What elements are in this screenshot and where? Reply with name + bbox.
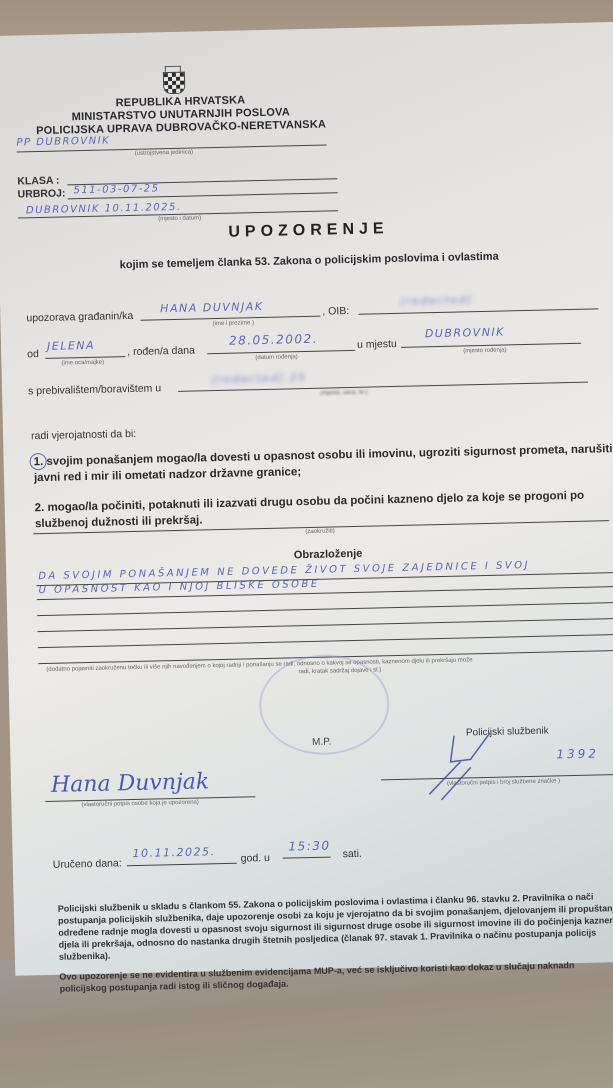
urbroj-label: URBROJ: <box>17 187 65 200</box>
reason-item-2-line1: 2. mogao/la počiniti, potaknuti ili izaz… <box>35 489 585 516</box>
delivery-date-field[interactable] <box>127 863 237 866</box>
circle-hint: (zaokružiti) <box>305 528 334 535</box>
birthplace-label: u mjestu <box>357 338 397 351</box>
reason-item-1-line1: 1. svojim ponašanjem mogao/la dovesti u … <box>34 442 613 470</box>
urbroj-value: 511-03-07-25 <box>73 183 159 196</box>
document-subtitle: kojim se temeljem članka 53. Zakona o po… <box>0 248 613 274</box>
explanation-field-5[interactable] <box>38 634 613 648</box>
delivery-hours-label: sati. <box>343 848 363 860</box>
parent-field[interactable] <box>45 356 125 359</box>
delivery-time-field[interactable] <box>283 857 331 859</box>
explanation-field-4[interactable] <box>38 618 613 632</box>
oib-field[interactable] <box>358 308 598 314</box>
name-hint: (ime i prezime ) <box>213 320 254 327</box>
unit-hint: (ustrojstvena jedinica) <box>135 150 193 157</box>
warning-document: REPUBLIKA HRVATSKA MINISTARSTVO UNUTARNJ… <box>0 21 613 975</box>
delivery-date-value: 10.11.2025. <box>132 845 215 860</box>
parent-hint: (ime oca/majke) <box>61 360 104 367</box>
residence-hint: (mjesto, ulica, br.) <box>320 390 367 397</box>
birthdate-hint: (datum rođenja) <box>255 354 297 361</box>
delivery-time-value: 15:30 <box>288 839 330 854</box>
explanation-heading: Obrazloženje <box>294 548 363 562</box>
officer-badge-number: 1392 <box>556 746 599 761</box>
birthplace-value: DUBROVNIK <box>425 325 505 340</box>
footer-p1-line5: službenika). <box>59 950 111 963</box>
explanation-hint-line1: (dodatno pojasniti zaokruženu točku ili … <box>46 657 472 673</box>
residence-label: s prebivalištem/boravištem u <box>28 382 161 397</box>
warns-label: upozorava građanin/ka <box>26 310 133 324</box>
born-label: , rođen/a dana <box>127 345 195 359</box>
officer-hint: (vlastoručni potpis i broj službene znač… <box>447 778 560 787</box>
oib-label: , OIB: <box>322 305 349 318</box>
parent-value: JELENA <box>47 339 95 353</box>
croatian-coat-of-arms-icon <box>163 66 184 92</box>
residence-value-redacted: [redacted] 25 <box>212 371 307 386</box>
delivery-year-label: god. u <box>241 852 270 865</box>
birthplace-hint: (mjesto rođenja) <box>463 347 506 354</box>
delivery-label: Uručeno dana: <box>53 857 122 871</box>
oib-value-redacted: [redacted] <box>400 293 473 308</box>
parent-label: od <box>27 348 39 360</box>
name-value: HANA DUVNJAK <box>160 300 264 315</box>
place-date-hint: (mjesto i datum) <box>158 215 201 222</box>
citizen-hint: (vlastoručni potpis osobe koja je upozor… <box>81 800 199 809</box>
document-title: UPOZORENJE <box>0 215 613 247</box>
stamp-placeholder-label: M.P. <box>312 737 332 748</box>
birthdate-value: 28.05.2002. <box>229 332 318 348</box>
unit-value: PP DUBROVNIK <box>16 135 110 148</box>
officer-signature <box>420 730 512 802</box>
explanation-field-3[interactable] <box>37 602 613 616</box>
klasa-label: KLASA : <box>17 175 59 188</box>
citizen-signature: Hana Duvnjak <box>51 769 210 798</box>
reasons-intro: radi vjerojatnosti da bi: <box>31 428 136 442</box>
